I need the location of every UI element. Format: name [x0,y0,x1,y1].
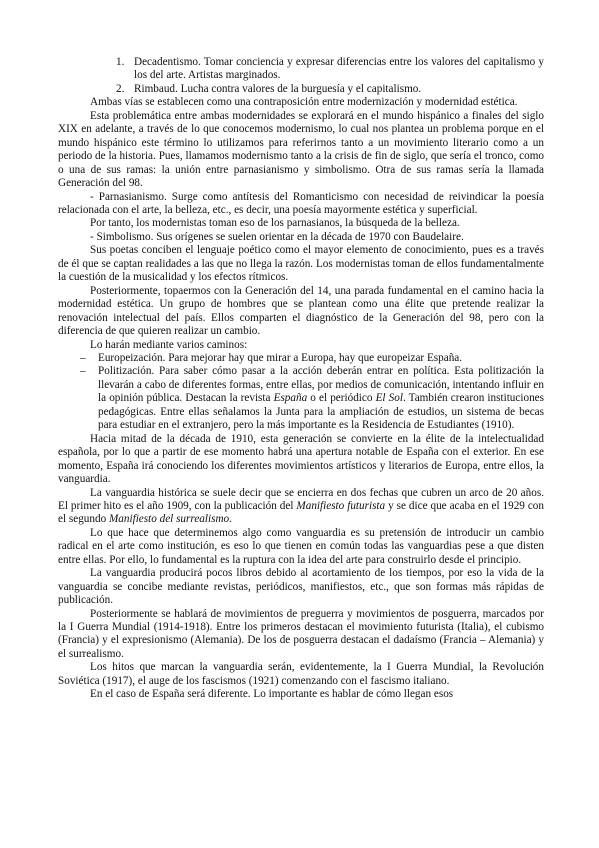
paragraph: La vanguardia producirá pocos libros deb… [58,567,544,607]
italic-title: España [274,392,308,404]
dash-marker: – [80,365,86,378]
paragraph: Los hitos que marcan la vanguardia serán… [58,661,544,688]
text: . [229,513,232,525]
paragraph: Sus poetas conciben el lenguaje poético … [58,244,544,284]
document-page: 1. Decadentismo. Tomar conciencia y expr… [58,56,544,702]
paragraph: Posteriormente se hablará de movimientos… [58,608,544,662]
list-item-text: Decadentismo. Tomar conciencia y expresa… [134,56,544,81]
list-number: 1. [116,56,124,69]
list-item: – Politización. Para saber cómo pasar a … [58,365,544,432]
paragraph: Ambas vías se establecen como una contra… [58,96,544,109]
list-item-text: Rimbaud. Lucha contra valores de la burg… [134,83,421,95]
paragraph: Por tanto, los modernistas toman eso de … [58,217,544,230]
list-item: – Europeización. Para mejorar hay que mi… [58,352,544,365]
paragraph: Posteriormente, topaermos con la Generac… [58,285,544,339]
paragraph-lead: Lo harán mediante varios caminos: [58,339,544,352]
paragraph: Hacia mitad de la década de 1910, esta g… [58,433,544,487]
paragraph: Lo que hace que determinemos algo como v… [58,527,544,567]
dash-marker: – [80,352,86,365]
paragraph-parnasianismo: - Parnasianismo. Surge como antítesis de… [58,191,544,218]
list-item: 1. Decadentismo. Tomar conciencia y expr… [58,56,544,83]
paragraph-simbolismo: - Simbolismo. Sus orígenes se suelen ori… [58,231,544,244]
list-item-text: Europeización. Para mejorar hay que mira… [98,352,462,364]
italic-title: Manifiesto del surrealismo [109,513,229,525]
paragraph: La vanguardia histórica se suele decir q… [58,487,544,527]
dash-list: – Europeización. Para mejorar hay que mi… [58,352,544,433]
list-number: 2. [116,83,124,96]
italic-title: El Sol [376,392,403,404]
list-item: 2. Rimbaud. Lucha contra valores de la b… [58,83,544,96]
numbered-list: 1. Decadentismo. Tomar conciencia y expr… [58,56,544,96]
list-item-text: o el periódico [307,392,375,404]
italic-title: Manifiesto futurista [296,500,385,512]
paragraph: Esta problemática entre ambas modernidad… [58,110,544,191]
paragraph-last: En el caso de España será diferente. Lo … [58,688,544,701]
